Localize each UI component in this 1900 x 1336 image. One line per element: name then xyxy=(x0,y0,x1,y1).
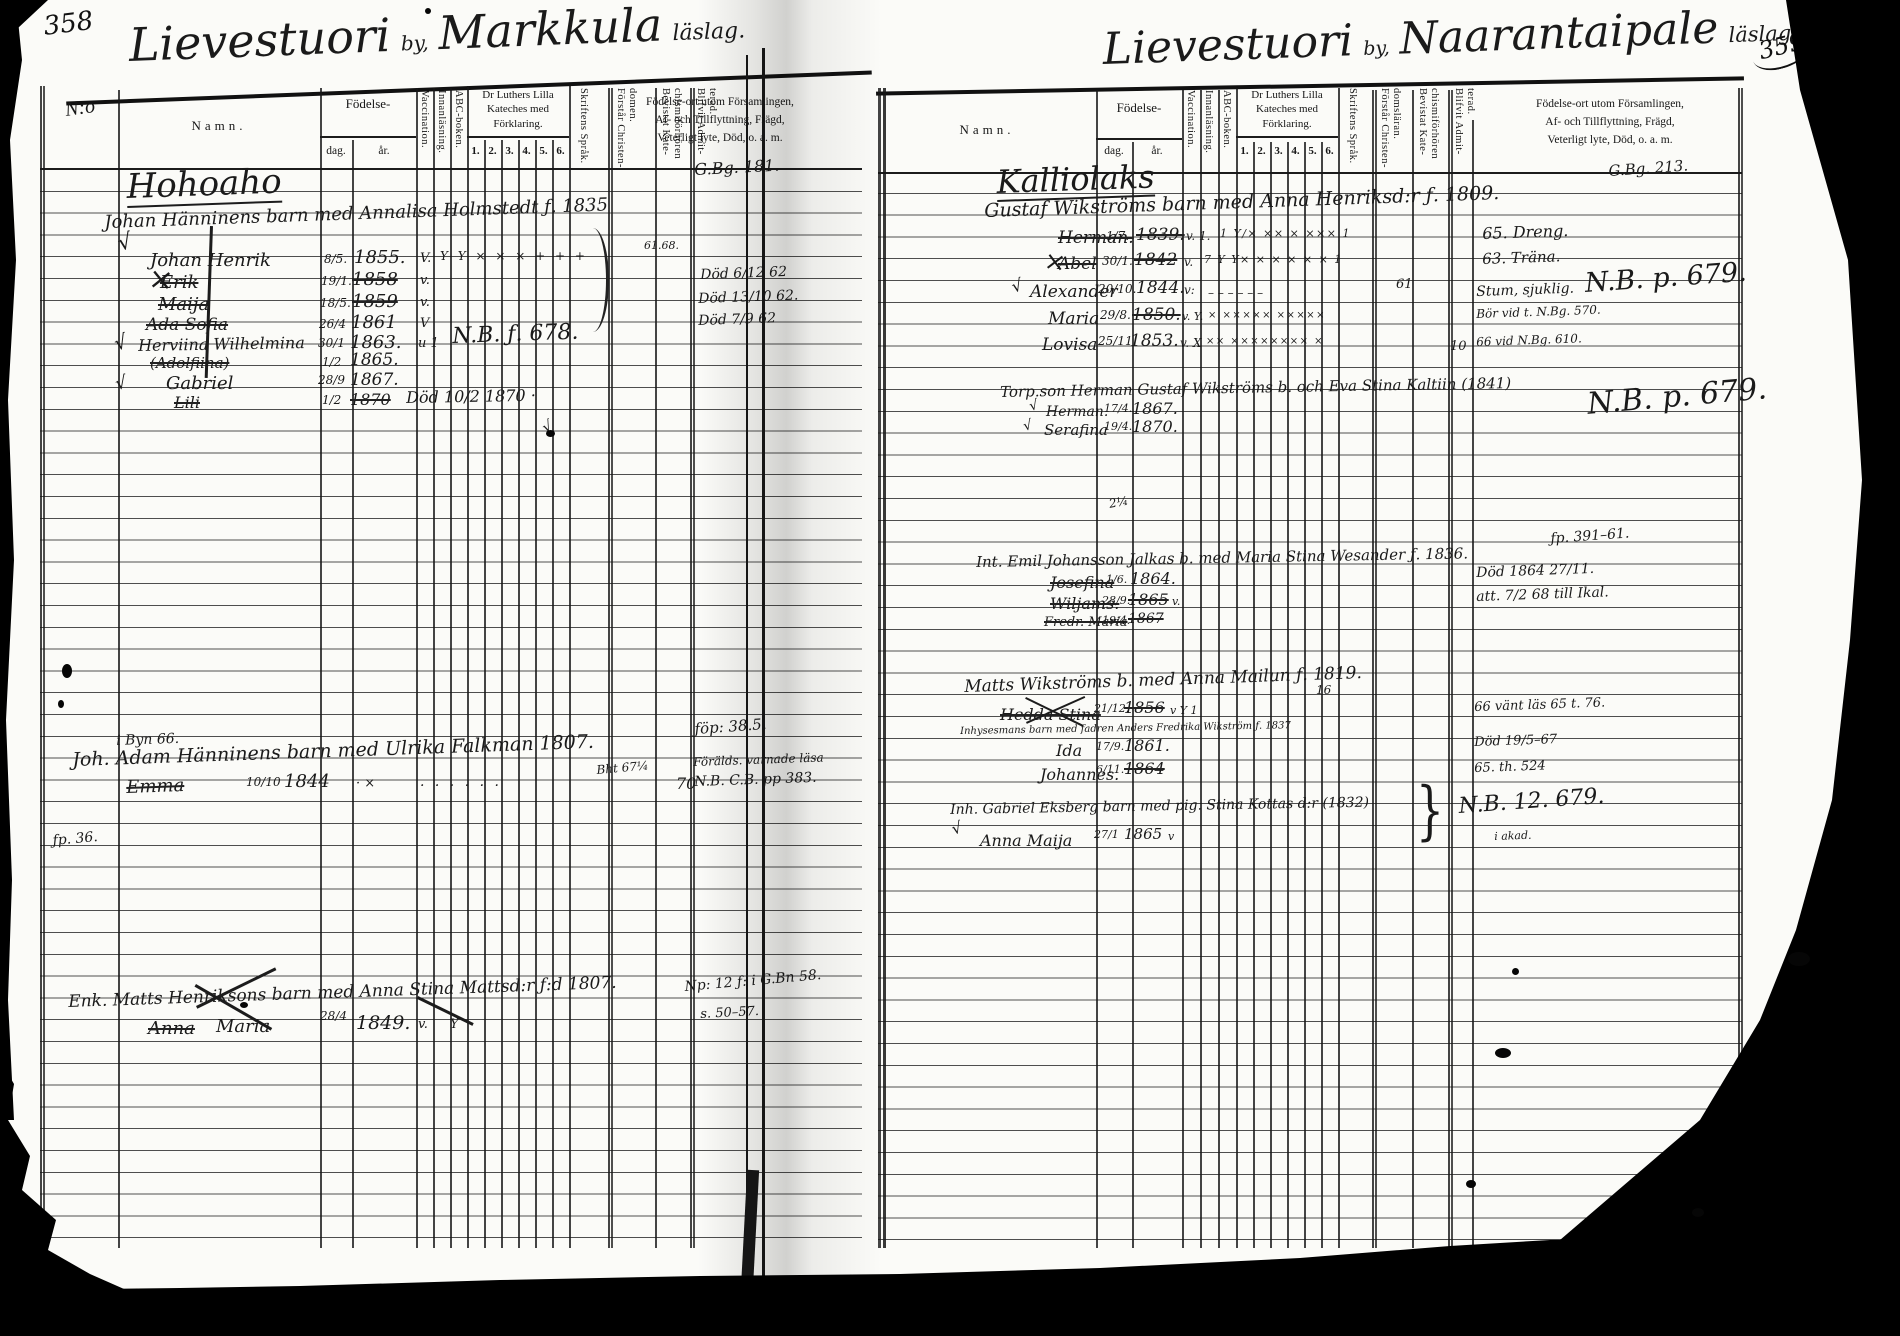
kateches-number: 5. xyxy=(1304,145,1321,158)
ink-speck xyxy=(240,1002,248,1008)
handwritten-entry: Serafina xyxy=(1044,423,1108,438)
handwritten-entry: Stum, sjuklig. xyxy=(1476,282,1574,299)
handwritten-entry: 17/4. xyxy=(1104,403,1132,414)
handwritten-entry: 1839. xyxy=(1136,227,1185,244)
right-page: Namn.Födelse-dag.år.Vaccination.Innanläs… xyxy=(0,0,1900,1336)
handwritten-entry: v Y 1 xyxy=(1170,705,1197,716)
handwritten-entry: 29/8. xyxy=(1100,309,1131,321)
left-page-title-segment: Lievestuori xyxy=(128,12,391,68)
handwritten-entry: Josefina xyxy=(1050,575,1114,591)
column-header-innanlasning: Innanläsning. xyxy=(1202,90,1214,168)
column-rule xyxy=(1253,142,1255,1248)
column-header-namn: Namn. xyxy=(878,122,1096,138)
column-header-kateches: Dr Luthers Lilla Kateches med Förklaring… xyxy=(1236,88,1338,131)
page-number-left: 358 xyxy=(42,6,95,42)
column-header-ar: år. xyxy=(1132,145,1182,159)
right-page-title-segment: Lievestuori xyxy=(1102,19,1354,72)
fodelse-divider xyxy=(1096,138,1182,140)
column-rule xyxy=(1372,90,1374,1248)
handwritten-entry: 1 Y/× ×× × ××× 1 xyxy=(1220,228,1351,239)
handwritten-entry: Död 19/5–67 xyxy=(1474,733,1557,749)
left-page-title-segment: by, xyxy=(400,32,429,53)
handwritten-entry: v. X xyxy=(1180,337,1202,349)
handwritten-entry: 10 xyxy=(1450,340,1467,353)
kateches-number: 6. xyxy=(1321,145,1338,158)
column-rule xyxy=(1304,142,1306,1248)
handwritten-entry: 1856 xyxy=(1124,700,1165,716)
handwritten-entry: 63. Träna. xyxy=(1482,249,1561,267)
ink-speck xyxy=(1466,1180,1476,1188)
ink-speck xyxy=(1512,968,1519,975)
handwritten-entry: 1/7. xyxy=(1106,230,1129,242)
handwritten-entry: Anna Maija xyxy=(980,833,1072,849)
handwritten-entry: 1/6. xyxy=(1106,574,1127,585)
ink-speck xyxy=(1788,952,1810,966)
handwritten-entry: Lovisa xyxy=(1042,337,1097,354)
handwritten-entry: 6/11. xyxy=(1096,764,1124,775)
handwritten-entry: 1865 xyxy=(1128,592,1169,608)
handwritten-entry: × xyxy=(1042,248,1067,277)
left-page-title-segment: Markkula xyxy=(437,2,663,57)
column-header-fodelseort: Födelse-ort utom Församlingen, Af- och T… xyxy=(1478,96,1742,149)
handwritten-entry: 20/10. xyxy=(1098,283,1136,295)
handwritten-entry: 1850. xyxy=(1132,307,1181,324)
handwritten-entry: 2¼ xyxy=(1108,495,1129,510)
handwritten-entry: 1865 xyxy=(1124,827,1162,842)
handwritten-entry: 65. Dreng. xyxy=(1482,223,1569,242)
right-page-title-segment: by, xyxy=(1363,39,1390,59)
handwritten-entry: Maria xyxy=(1048,311,1099,328)
column-header-fodelse: Födelse- xyxy=(1096,100,1182,116)
handwritten-entry: 16 xyxy=(1316,684,1331,696)
handwritten-entry: 1867. xyxy=(1132,401,1178,417)
gutter-fold-line xyxy=(762,48,765,1336)
handwritten-entry: v. 1. xyxy=(1186,230,1210,242)
handwritten-entry: 1853. xyxy=(1130,333,1179,350)
column-rule xyxy=(1412,90,1414,1248)
ink-speck xyxy=(62,664,72,678)
column-rule xyxy=(1472,120,1474,1248)
handwritten-entry: v. Y. xyxy=(1182,311,1203,322)
gutter-fold-line xyxy=(746,55,748,1255)
handwritten-entry: Död 1864 27/11. xyxy=(1476,562,1594,580)
handwritten-entry: 1844. xyxy=(1136,280,1185,297)
handwritten-entry: 7 Y Y× × × × × × 1 xyxy=(1204,254,1343,265)
handwritten-entry: 1870. xyxy=(1132,419,1178,435)
kateches-number: 3. xyxy=(1270,145,1287,158)
handwritten-entry: Herman. xyxy=(1046,405,1108,419)
handwritten-entry: ×× ×××××××× × xyxy=(1206,337,1324,347)
right-page-title-segment: Naarantaipale xyxy=(1399,7,1719,62)
column-header-forstar: Förstår Christen- domsläran. xyxy=(1378,88,1402,168)
column-rule xyxy=(1270,142,1272,1248)
handwritten-entry: i akad. xyxy=(1494,830,1532,842)
kateches-number: 2. xyxy=(1253,145,1270,158)
handwritten-entry: 1864. xyxy=(1130,571,1176,587)
kateches-number: 1. xyxy=(1236,145,1253,158)
kateches-divider xyxy=(1236,136,1338,138)
book-gutter-shadow xyxy=(698,0,882,1336)
column-header-skriftens: Skriftens Språk. xyxy=(1346,88,1358,168)
handwritten-entry: 61 xyxy=(1396,278,1413,291)
handwritten-entry: 1842 xyxy=(1134,252,1177,269)
ink-speck xyxy=(425,8,431,14)
ink-speck xyxy=(1692,1208,1704,1217)
handwritten-entry: 66 vid N.Bg. 610. xyxy=(1476,332,1582,348)
handwritten-entry: 19/4. xyxy=(1102,615,1130,626)
handwritten-entry: 1861. xyxy=(1124,738,1170,754)
handwritten-entry: } xyxy=(1416,780,1444,844)
ink-speck xyxy=(1495,1048,1511,1058)
handwritten-entry: 19/4. xyxy=(1104,421,1132,432)
handwritten-entry: 65. th. 524 xyxy=(1474,760,1546,775)
handwritten-entry: 1864 xyxy=(1124,761,1165,777)
column-header-blifvit: Blifvit Admit- terad. xyxy=(1452,88,1476,166)
handwritten-entry: 28/9. xyxy=(1102,595,1130,606)
column-header-abc: ABC-boken. xyxy=(1220,90,1232,168)
column-header-dag: dag. xyxy=(1096,145,1132,159)
ink-speck xyxy=(546,430,555,437)
handwritten-entry: 30/1. xyxy=(1102,255,1133,267)
handwritten-entry: – – – – – – xyxy=(1208,287,1263,299)
column-rule xyxy=(1448,90,1450,1248)
kateches-number: 4. xyxy=(1287,145,1304,158)
ink-speck xyxy=(58,700,64,708)
column-rule xyxy=(1287,142,1289,1248)
handwritten-entry: 1867 xyxy=(1128,612,1164,626)
handwritten-entry: 27/1 xyxy=(1094,829,1119,840)
handwritten-entry: v: xyxy=(1184,284,1195,296)
handwritten-entry: v. xyxy=(1184,256,1193,268)
handwritten-entry: × ××××× ××××× xyxy=(1208,311,1326,321)
handwritten-entry: 17/9. xyxy=(1096,741,1124,752)
scanned-parish-register-spread: N:oNamn.Födelse-dag.år.Vaccination.Innan… xyxy=(0,0,1900,1336)
handwritten-entry: Ida xyxy=(1056,743,1082,759)
column-header-vaccination: Vaccination. xyxy=(1184,90,1196,168)
column-header-bevistat: Bevistat Kate- chismiförhören xyxy=(1416,88,1440,168)
handwritten-entry: v. xyxy=(1172,596,1180,607)
handwritten-entry: v xyxy=(1168,831,1174,842)
